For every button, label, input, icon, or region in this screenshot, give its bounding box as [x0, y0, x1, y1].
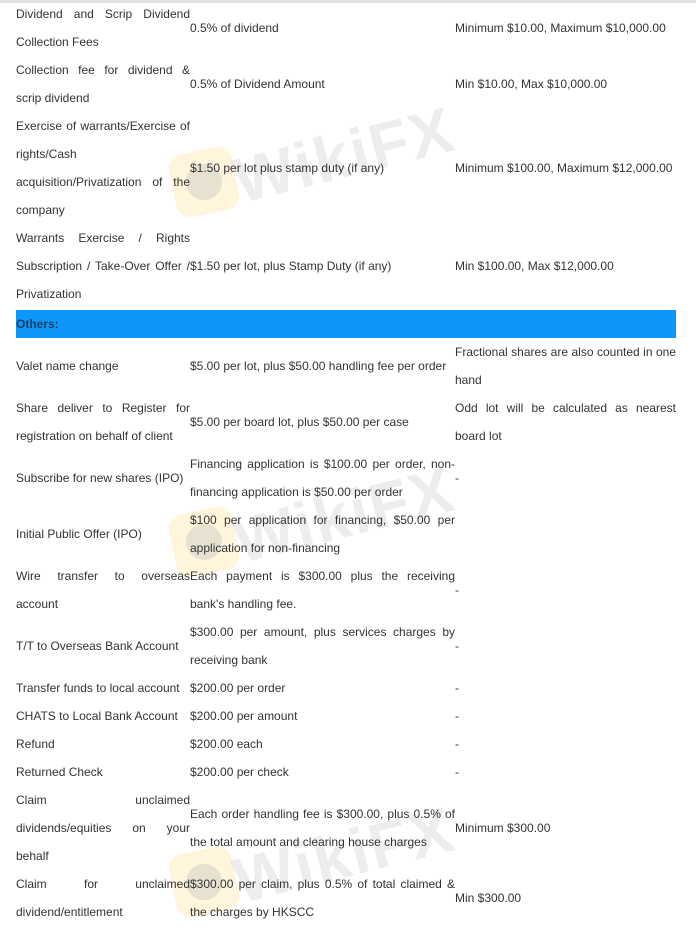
- table-row: Refund $200.00 each -: [16, 730, 676, 758]
- table-row: CHATS to Local Bank Account $200.00 per …: [16, 702, 676, 730]
- table-row: Collection fee for dividend & scrip divi…: [16, 56, 676, 112]
- table-row: T/T to Overseas Bank Account $300.00 per…: [16, 618, 676, 674]
- fee-amount: Each payment is $300.00 plus the receivi…: [190, 562, 455, 618]
- fee-note: -: [455, 730, 676, 758]
- fee-amount: $5.00 per lot, plus $50.00 handling fee …: [190, 352, 455, 380]
- fee-item: Claim unclaimed dividends/equities on yo…: [16, 786, 190, 870]
- fee-item: Collection fee for dividend & scrip divi…: [16, 56, 190, 112]
- fee-amount: $200.00 per amount: [190, 702, 455, 730]
- fee-note: -: [455, 702, 676, 730]
- fee-item: Refund: [16, 730, 190, 758]
- fee-amount: $300.00 per claim, plus 0.5% of total cl…: [190, 870, 455, 926]
- fee-amount: $1.50 per lot, plus Stamp Duty (if any): [190, 252, 455, 280]
- fee-note: Min $300.00: [455, 884, 676, 912]
- fee-amount: Each order handling fee is $300.00, plus…: [190, 800, 455, 856]
- table-row: Wire transfer to overseas account Each p…: [16, 562, 676, 618]
- fee-item: Claim for unclaimed dividend/entitlement: [16, 870, 190, 926]
- fee-amount: $200.00 each: [190, 730, 455, 758]
- fee-item: Exercise of warrants/Exercise of rights/…: [16, 112, 190, 224]
- fee-item: Transfer funds to local account: [16, 674, 190, 702]
- fee-note: -: [455, 674, 676, 702]
- fee-amount: $200.00 per order: [190, 674, 455, 702]
- fee-amount: Financing application is $100.00 per ord…: [190, 450, 455, 506]
- table-row: Returned Check $200.00 per check -: [16, 758, 676, 786]
- fee-item: Dividend and Scrip Dividend Collection F…: [16, 0, 190, 56]
- fee-item: T/T to Overseas Bank Account: [16, 632, 190, 660]
- fee-note: Odd lot will be calculated as nearest bo…: [455, 394, 676, 450]
- fee-amount: 0.5% of dividend: [190, 14, 455, 42]
- table-row: Transfer funds to local account $200.00 …: [16, 674, 676, 702]
- fee-item: Initial Public Offer (IPO): [16, 520, 190, 548]
- fee-note: -: [455, 758, 676, 786]
- fee-amount: $200.00 per check: [190, 758, 455, 786]
- fee-note: Minimum $300.00: [455, 814, 676, 842]
- table-row: Warrants Exercise / Rights Subscription …: [16, 224, 676, 308]
- fee-note: Min $10.00, Max $10,000.00: [455, 70, 676, 98]
- table-row: Claim unclaimed dividends/equities on yo…: [16, 786, 676, 870]
- fee-note: -: [455, 464, 676, 492]
- table-row: Claim for unclaimed dividend/entitlement…: [16, 870, 676, 926]
- table-row: Dividend and Scrip Dividend Collection F…: [16, 0, 676, 56]
- fee-note: Minimum $100.00, Maximum $12,000.00: [455, 154, 676, 182]
- table-row: Valet name change $5.00 per lot, plus $5…: [16, 338, 676, 394]
- fee-table: Dividend and Scrip Dividend Collection F…: [16, 0, 676, 926]
- fee-note: Fractional shares are also counted in on…: [455, 338, 676, 394]
- fee-note: -: [455, 576, 676, 604]
- fee-item: Returned Check: [16, 758, 190, 786]
- fee-item: Subscribe for new shares (IPO): [16, 464, 190, 492]
- fee-item: Wire transfer to overseas account: [16, 562, 190, 618]
- fee-note: Minimum $10.00, Maximum $10,000.00: [455, 14, 676, 42]
- section-header-others: Others:: [16, 310, 676, 338]
- fee-amount: $300.00 per amount, plus services charge…: [190, 618, 455, 674]
- fee-item: Share deliver to Register for registrati…: [16, 394, 190, 450]
- fee-amount: $5.00 per board lot, plus $50.00 per cas…: [190, 408, 455, 436]
- table-row: Share deliver to Register for registrati…: [16, 394, 676, 450]
- fee-amount: $1.50 per lot plus stamp duty (if any): [190, 154, 455, 182]
- fee-amount: 0.5% of Dividend Amount: [190, 70, 455, 98]
- fee-item: Valet name change: [16, 352, 190, 380]
- table-row: Exercise of warrants/Exercise of rights/…: [16, 112, 676, 224]
- fee-item: CHATS to Local Bank Account: [16, 702, 190, 730]
- table-row: Initial Public Offer (IPO) $100 per appl…: [16, 506, 676, 562]
- fee-item: Warrants Exercise / Rights Subscription …: [16, 224, 190, 308]
- fee-note: -: [455, 632, 676, 660]
- table-row: Subscribe for new shares (IPO) Financing…: [16, 450, 676, 506]
- fee-note: Min $100.00, Max $12,000.00: [455, 252, 676, 280]
- fee-amount: $100 per application for financing, $50.…: [190, 506, 455, 562]
